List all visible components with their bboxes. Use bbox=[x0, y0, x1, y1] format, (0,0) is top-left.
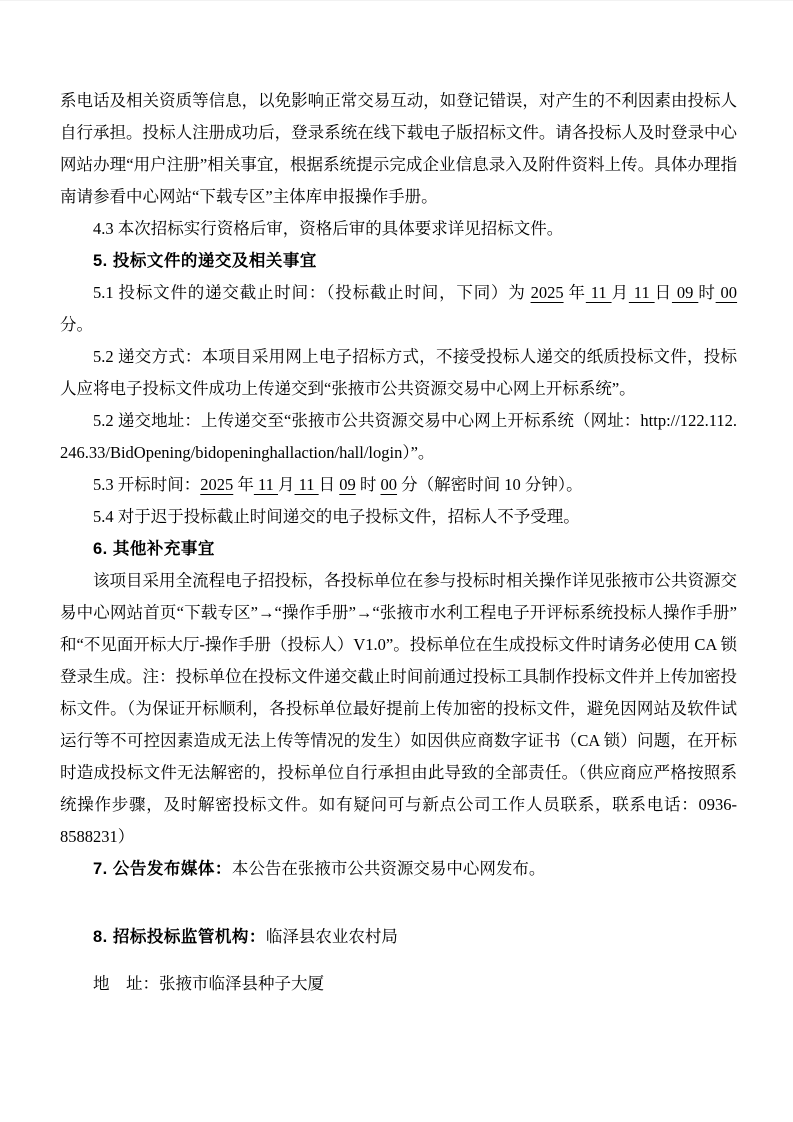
text-run-underline: 09 bbox=[672, 283, 698, 302]
para-regulator-address: 地 址：张掖市临泽县种子大厦 bbox=[60, 968, 737, 1000]
text-run: 5.3 开标时间： bbox=[93, 475, 200, 494]
text-run: 系电话及相关资质等信息，以免影响正常交易互动，如登记错误，对产生的不利因素由投标… bbox=[60, 91, 737, 206]
para-5-2-submission-address: 5.2 递交地址：上传递交至“张掖市公共资源交易中心网上开标系统（网址：http… bbox=[60, 405, 737, 469]
para-5-2-submission-method: 5.2 递交方式：本项目采用网上电子招标方式，不接受投标人递交的纸质投标文件，投… bbox=[60, 341, 737, 405]
text-run: 时 bbox=[356, 475, 381, 494]
para-announcement-media: 7. 公告发布媒体：本公告在张掖市公共资源交易中心网发布。 bbox=[60, 853, 737, 885]
text-run: 5.2 递交地址：上传递交至“张掖市公共资源交易中心网上开标系统（网址：http… bbox=[60, 411, 737, 462]
text-run: 5.2 递交方式：本项目采用网上电子招标方式，不接受投标人递交的纸质投标文件，投… bbox=[60, 347, 737, 398]
text-run: 本公告在张掖市公共资源交易中心网发布。 bbox=[232, 859, 546, 878]
text-run-bold: 8. 招标投标监管机构： bbox=[93, 928, 266, 946]
text-run: 地 址：张掖市临泽县种子大厦 bbox=[93, 974, 324, 993]
text-run-bold: 7. 公告发布媒体： bbox=[93, 860, 232, 878]
text-run: 月 bbox=[612, 283, 629, 302]
text-run: 4.3 本次招标实行资格后审，资格后审的具体要求详见招标文件。 bbox=[93, 219, 563, 238]
text-run-underline: 00 bbox=[381, 475, 398, 494]
text-run: 该项目采用全流程电子招投标，各投标单位在参与投标时相关操作详见张掖市公共资源交易… bbox=[60, 571, 737, 846]
text-run: 分。 bbox=[60, 315, 93, 334]
text-run-underline: 09 bbox=[339, 475, 356, 494]
text-run-underline: 11 bbox=[586, 283, 612, 302]
text-run: 日 bbox=[319, 475, 340, 494]
text-run: 时 bbox=[698, 283, 715, 302]
text-run: 年 bbox=[564, 283, 586, 302]
text-run-bold: 5. 投标文件的递交及相关事宜 bbox=[93, 252, 317, 270]
para-4-3-qualification-review: 4.3 本次招标实行资格后审，资格后审的具体要求详见招标文件。 bbox=[60, 213, 737, 245]
para-5-4-late-submission: 5.4 对于迟于投标截止时间递交的电子投标文件，招标人不予受理。 bbox=[60, 501, 737, 533]
text-run: 分（解密时间 10 分钟）。 bbox=[397, 475, 583, 494]
text-run-underline: 2025 bbox=[200, 475, 233, 494]
text-run-underline: 11 bbox=[629, 283, 655, 302]
heading-5-bid-submission: 5. 投标文件的递交及相关事宜 bbox=[60, 245, 737, 277]
text-run: 临泽县农业农村局 bbox=[266, 927, 398, 946]
heading-6-other-matters: 6. 其他补充事宜 bbox=[60, 533, 737, 565]
text-run-underline: 00 bbox=[716, 283, 737, 302]
para-5-3-bid-opening-time: 5.3 开标时间：2025 年 11 月 11 日 09 时 00 分（解密时间… bbox=[60, 469, 737, 501]
text-run-underline: 11 bbox=[295, 475, 319, 494]
text-run-underline: 2025 bbox=[531, 283, 564, 302]
para-5-1-submission-deadline: 5.1 投标文件的递交截止时间：（投标截止时间，下同）为 2025 年 11 月… bbox=[60, 277, 737, 341]
text-run: 日 bbox=[655, 283, 672, 302]
text-run-underline: 11 bbox=[254, 475, 278, 494]
document-body: 系电话及相关资质等信息，以免影响正常交易互动，如登记错误，对产生的不利因素由投标… bbox=[60, 85, 737, 1000]
text-run: 年 bbox=[233, 475, 254, 494]
text-run-bold: 6. 其他补充事宜 bbox=[93, 540, 215, 558]
text-run: 5.4 对于迟于投标截止时间递交的电子投标文件，招标人不予受理。 bbox=[93, 507, 580, 526]
para-6-body: 该项目采用全流程电子招投标，各投标单位在参与投标时相关操作详见张掖市公共资源交易… bbox=[60, 565, 737, 853]
para-registration-notes-continued: 系电话及相关资质等信息，以免影响正常交易互动，如登记错误，对产生的不利因素由投标… bbox=[60, 85, 737, 213]
document-page: 系电话及相关资质等信息，以免影响正常交易互动，如登记错误，对产生的不利因素由投标… bbox=[0, 0, 793, 1122]
text-run: 5.1 投标文件的递交截止时间：（投标截止时间，下同）为 bbox=[93, 283, 531, 302]
para-regulator: 8. 招标投标监管机构：临泽县农业农村局 bbox=[60, 921, 737, 953]
text-run: 月 bbox=[278, 475, 295, 494]
